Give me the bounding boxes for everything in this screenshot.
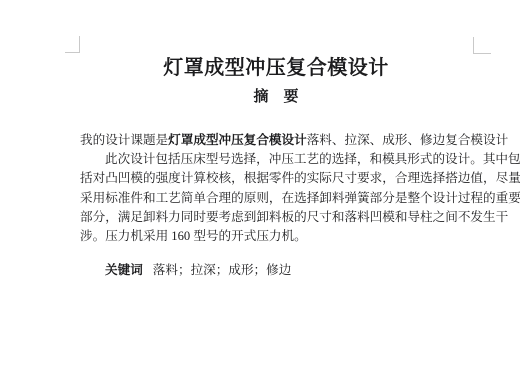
keywords-text: 落料；拉深；成形；修边 (153, 263, 292, 277)
abstract-heading: 摘 要 (79, 86, 473, 106)
paragraph-1-bold-phrase: 灯罩成型冲压复合模设计 (168, 133, 307, 147)
paragraph-2-line-1: 此次设计包括压床型号选择，冲压工艺的选择，和模具形式的设计。其中包 (80, 150, 520, 169)
paragraph-1-prefix: 我的设计课题是 (80, 133, 168, 147)
abstract-body: 我的设计课题是灯罩成型冲压复合模设计落料、拉深、成形、修边复合模设计 此次设计包… (80, 131, 520, 246)
paragraph-2-line-3: 采用标准件和工艺简单合理的原则，在选择卸料弹簧部分是整个设计过程的重要 (80, 189, 520, 208)
keywords-label: 关键词 (105, 263, 143, 277)
paragraph-2-line-5: 涉。压力机采用 160 型号的开式压力机。 (80, 227, 520, 246)
paragraph-2-line-4: 部分，满足卸料力同时要考虑到卸料板的尺寸和落料凹模和导柱之间不发生干 (80, 208, 520, 227)
paragraph-1-suffix: 落料、拉深、成形、修边复合模设计 (307, 133, 509, 147)
page-title: 灯罩成型冲压复合模设计 (79, 54, 473, 80)
paragraph-2-line-2: 括对凸凹模的强度计算校核，根据零件的实际尺寸要求，合理选择搭边值，尽量 (80, 169, 520, 188)
paragraph-1-line: 我的设计课题是灯罩成型冲压复合模设计落料、拉深、成形、修边复合模设计 (80, 131, 520, 150)
text-boundary-mark-top-right (473, 37, 491, 54)
keywords-line: 关键词落料；拉深；成形；修边 (105, 261, 291, 280)
text-boundary-mark-top-left (65, 36, 80, 53)
